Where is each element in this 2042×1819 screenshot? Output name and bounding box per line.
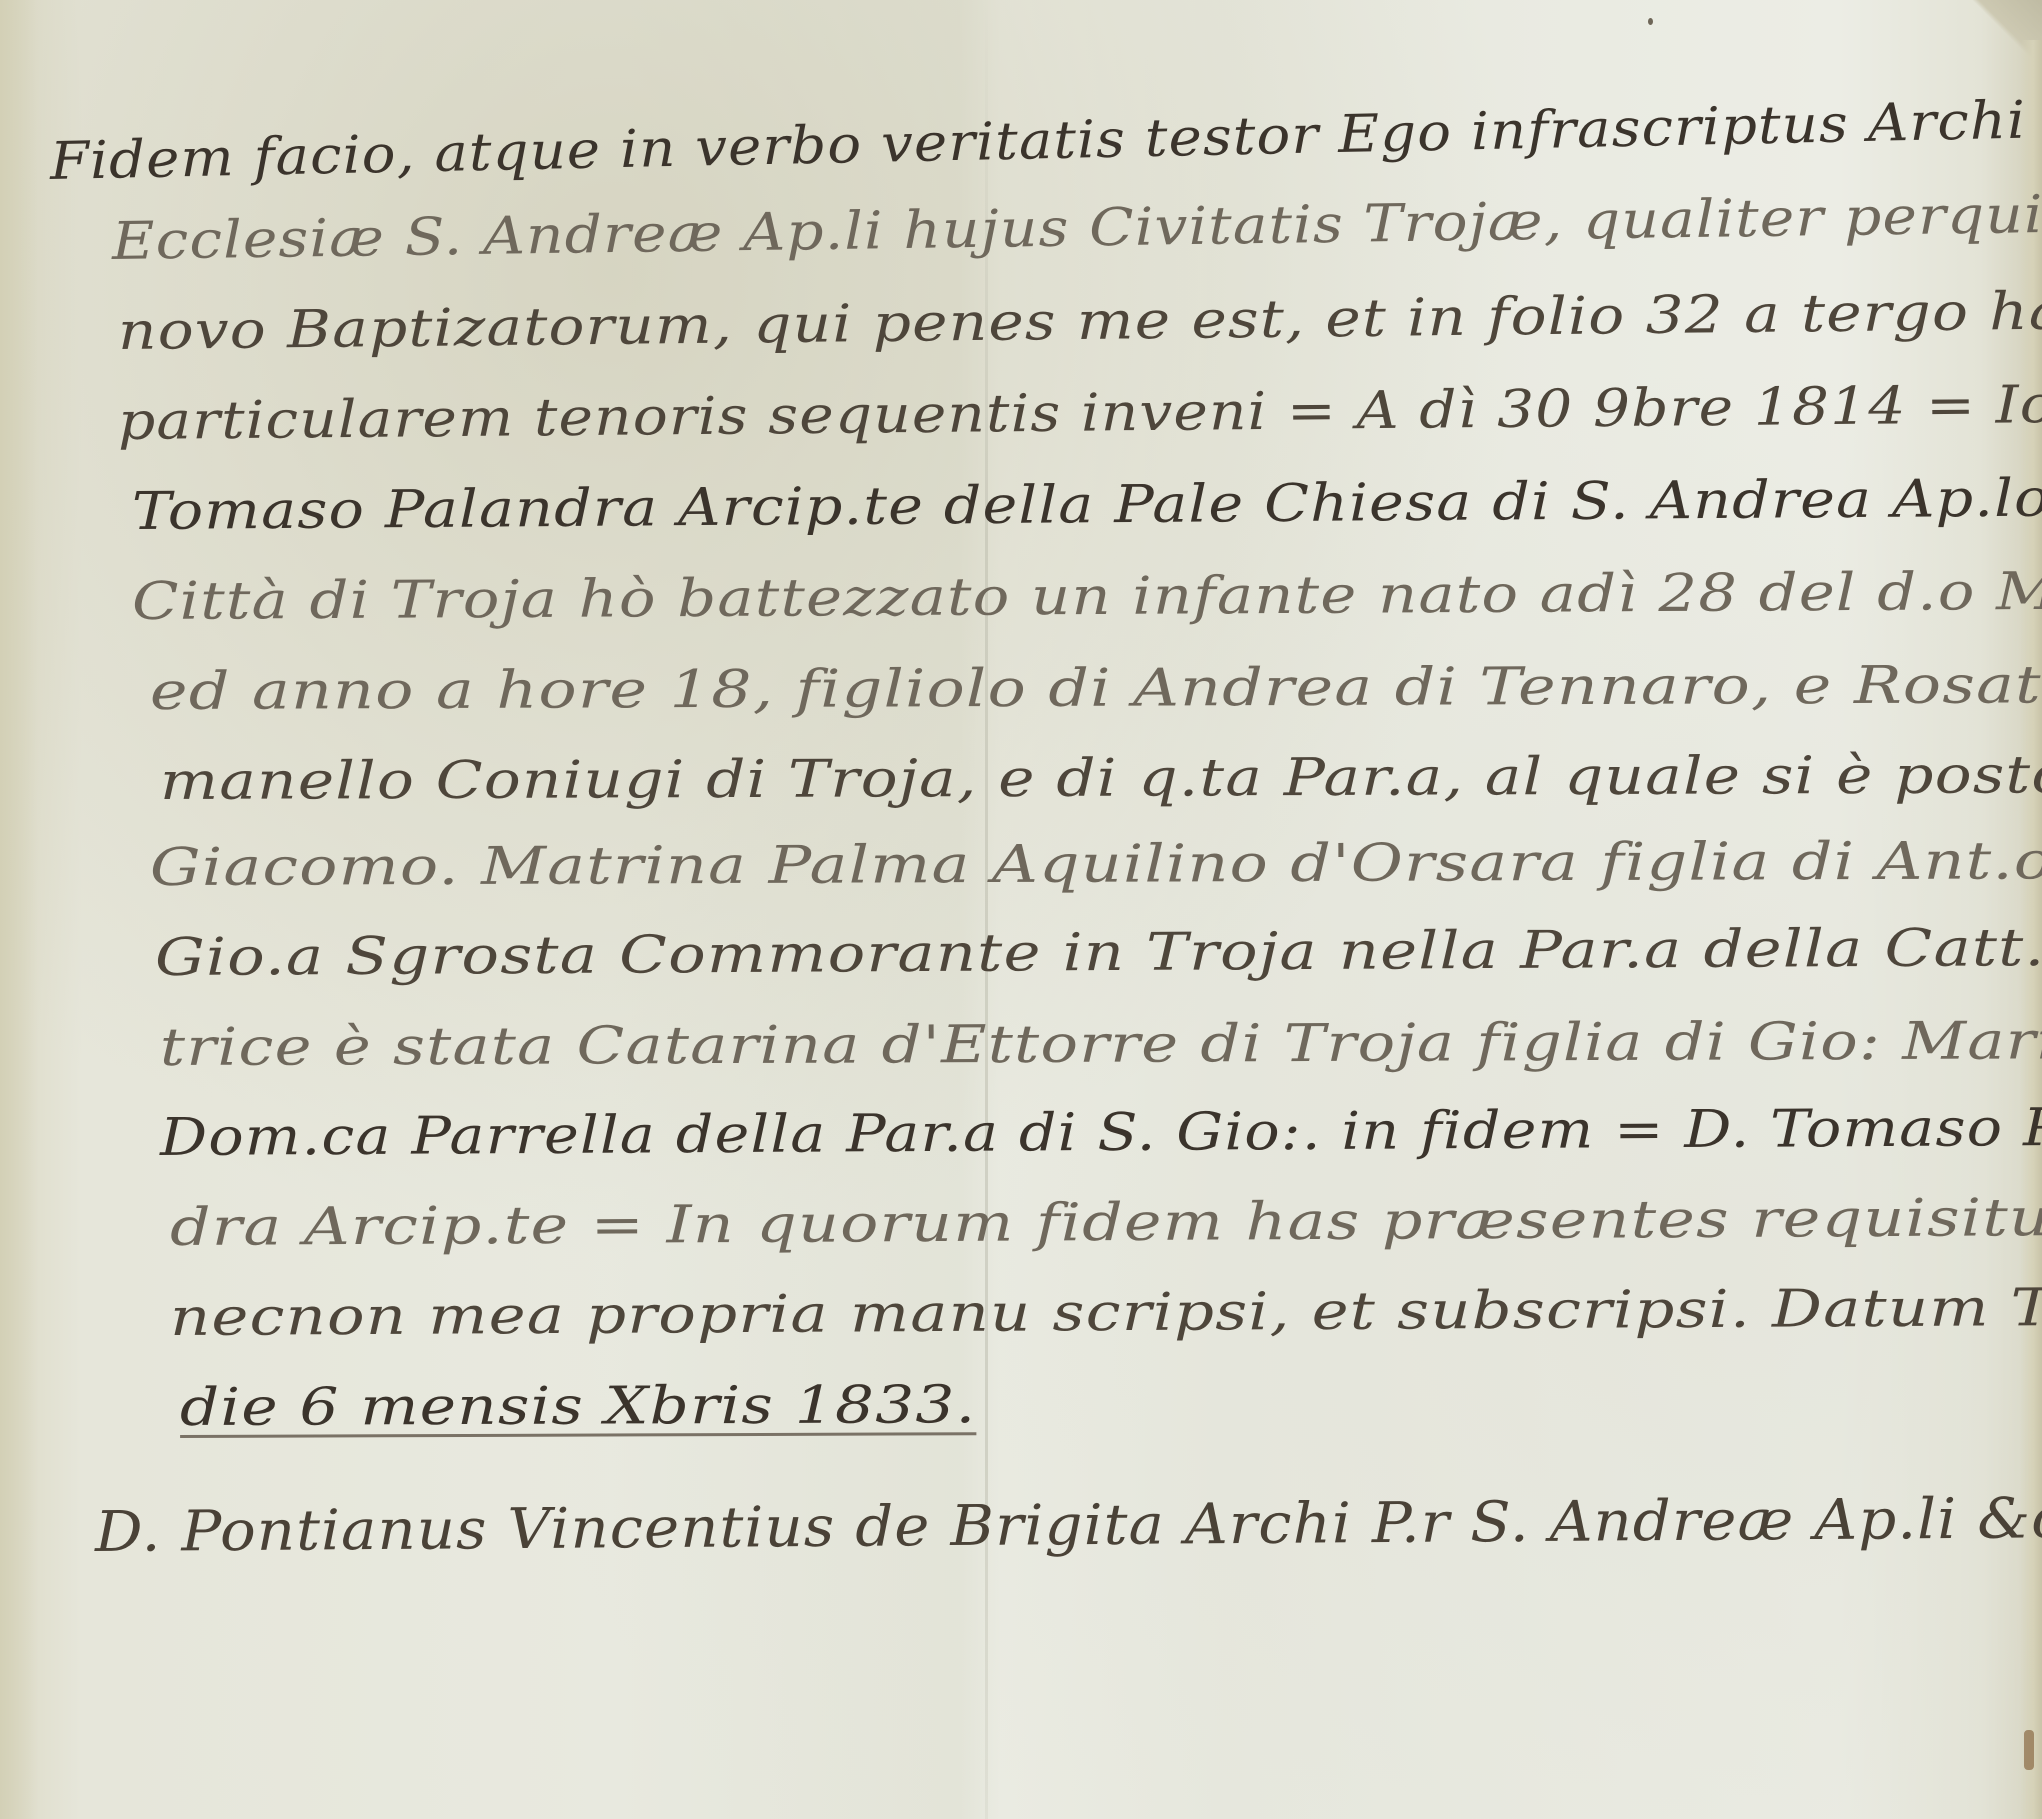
manuscript-line-7: ed anno a hore 18, figliolo di Andrea di… xyxy=(150,655,2042,722)
signature: D. Pontianus Vincentius de Brigita Archi… xyxy=(95,1486,2042,1565)
manuscript-line-6: Città di Troja hò battezzato un infante … xyxy=(132,561,2042,632)
manuscript-line-5: Tomaso Palandra Arcip.te della Pale Chie… xyxy=(132,467,2042,542)
manuscript-line-15: die 6 mensis Xbris 1833. xyxy=(180,1375,976,1438)
document-photo: Fidem facio, atque in verbo veritatis te… xyxy=(0,0,2042,1819)
manuscript-line-13: dra Arcip.te = In quorum fidem has præse… xyxy=(170,1187,2042,1258)
manuscript-line-10: Gio.a Sgrosta Commorante in Troja nella … xyxy=(155,917,2042,988)
manuscript-text: Fidem facio, atque in verbo veritatis te… xyxy=(0,0,2042,1819)
manuscript-line-11: trice è stata Catarina d'Ettorre di Troj… xyxy=(160,1011,2042,1078)
manuscript-line-1: Fidem facio, atque in verbo veritatis te… xyxy=(49,85,2042,192)
manuscript-line-8: manello Coniugi di Troja, e di q.ta Par.… xyxy=(160,745,2042,812)
manuscript-line-3: novo Baptizatorum, qui penes me est, et … xyxy=(118,281,2042,362)
manuscript-line-2: Ecclesiæ S. Andreæ Ap.li hujus Civitatis… xyxy=(112,181,2042,272)
manuscript-line-12: Dom.ca Parrella della Par.a di S. Gio:. … xyxy=(160,1097,2042,1168)
manuscript-line-4: particularem tenoris sequentis inveni = … xyxy=(118,374,2042,452)
manuscript-line-9: Giacomo. Matrina Palma Aquilino d'Orsara… xyxy=(150,831,2042,898)
manuscript-line-14: necnon mea propria manu scripsi, et subs… xyxy=(170,1277,2042,1348)
